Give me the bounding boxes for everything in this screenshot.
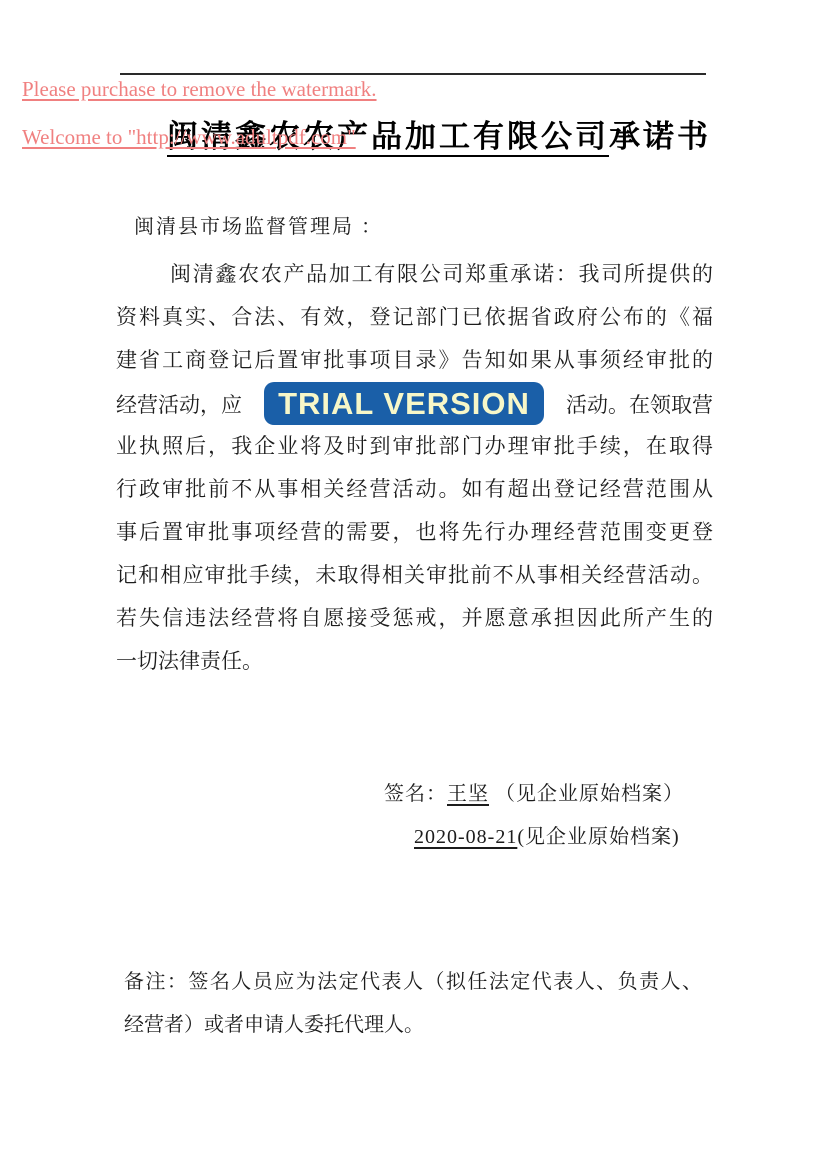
body-line: 事后置审批事项经营的需要，也将先行办理经营范围变更登 [116,511,713,554]
body-line: 闽清鑫农农产品加工有限公司郑重承诺：我司所提供的 [116,253,713,296]
badge-line-after-text: 活动。在领取营 [566,389,713,419]
signature-date-note: (见企业原始档案) [517,826,679,848]
addressee-line: 闽清县市场监督管理局 ： [134,210,383,239]
remark-line: 经营者）或者申请人委托代理人。 [124,1004,702,1047]
body-line: 业执照后，我企业将及时到审批部门办理审批手续，在取得 [116,425,713,468]
body-line: 行政审批前不从事相关经营活动。如有超出登记经营范围从 [116,468,713,511]
signature-name-note: （见企业原始档案） [495,783,684,805]
signature-date: 2020-08-21 [414,826,517,848]
body-line-with-badge: 经营活动，应 TRIAL VERSION 活动。在领取营 [116,382,713,425]
header-rule [120,73,706,75]
body-line: 若失信违法经营将自愿接受惩戒，并愿意承担因此所产生的 [116,597,713,640]
signature-line: 签名：王坚 （见企业原始档案） [384,777,684,806]
watermark-line-2: Welcome to "http://www.adultpdf.com" [22,125,356,150]
body-line: 记和相应审批手续，未取得相关审批前不从事相关经营活动。 [116,554,713,597]
signature-label: 签名： [384,783,447,805]
watermark-line-1: Please purchase to remove the watermark. [22,77,377,102]
date-line: 2020-08-21(见企业原始档案) [414,820,680,849]
badge-line-before-text: 经营活动，应 [116,389,242,419]
remark-line: 备注：签名人员应为法定代表人（拟任法定代表人、负责人、 [124,961,702,1004]
signature-name: 王坚 [447,783,489,805]
document-page: Please purchase to remove the watermark.… [0,0,827,1169]
body-line: 一切法律责任。 [116,640,713,683]
body-paragraph: 闽清鑫农农产品加工有限公司郑重承诺：我司所提供的 资料真实、合法、有效，登记部门… [116,253,713,683]
remark-block: 备注：签名人员应为法定代表人（拟任法定代表人、负责人、 经营者）或者申请人委托代… [124,961,702,1047]
body-line: 资料真实、合法、有效，登记部门已依据省政府公布的《福 [116,296,713,339]
trial-version-badge: TRIAL VERSION [264,382,544,425]
title-doc-type: 承诺书 [609,119,711,154]
body-line: 建省工商登记后置审批事项目录》告知如果从事须经审批的 [116,339,713,382]
